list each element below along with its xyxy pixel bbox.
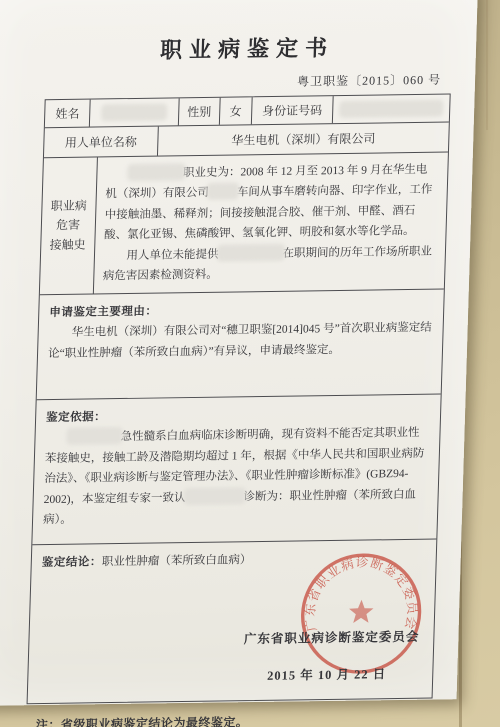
issue-date: 2015 年 10 月 22 日 <box>38 663 387 690</box>
document-content: 职业病鉴定书 粤卫职鉴〔2015〕060 号 姓名 性别 女 身份证号码 用人单… <box>0 0 478 727</box>
gender-label-cell: 性别 <box>178 98 219 126</box>
redacted-id-number <box>341 102 441 116</box>
redacted-patient-name-2 <box>185 489 243 503</box>
exposure-label-line2: 危害 <box>56 216 81 236</box>
footnote: 注：省级职业病鉴定结论为最终鉴定。 <box>36 710 429 727</box>
reason-cell: 申请鉴定主要理由： 华生电机（深圳）有限公司对“穗卫职鉴[2014]045 号”… <box>37 289 444 399</box>
basis-text: 急性髓系白血病临床诊断明确，现有资料不能否定其职业性苯接触史，接触工龄及潜隐期均… <box>43 423 430 531</box>
employer-value-cell: 华生电机（深圳）有限公司 <box>157 123 449 156</box>
redacted-workshop <box>209 185 237 198</box>
exposure-row: 职业病 危害 接触史 职业史为：2008 年 12 月至 2013 年 9 月在… <box>40 152 448 294</box>
employer-label-cell: 用人单位名称 <box>44 127 158 158</box>
id-value-cell <box>332 95 450 124</box>
exposure-label-cell: 职业病 危害 接触史 <box>40 157 97 294</box>
document-number: 粤卫职鉴〔2015〕060 号 <box>45 71 442 94</box>
redacted-worker-name-2 <box>218 246 282 260</box>
reason-text: 华生电机（深圳）有限公司对“穗卫职鉴[2014]045 号”首次职业病鉴定结论“… <box>48 318 433 364</box>
conclusion-row: 鉴定结论：职业性肿瘤（苯所致白血病） 广东省职业病诊断鉴定委员会 广东省职业病诊… <box>28 538 437 703</box>
seal-star-icon <box>349 599 374 622</box>
conclusion-heading: 鉴定结论： <box>42 556 102 569</box>
redacted-worker-name <box>129 165 183 179</box>
gender-value-cell: 女 <box>219 97 252 124</box>
exposure-paragraph-2: 用人单位未能提供在职期间的历年工作场所职业病危害因素检测资料。 <box>103 242 437 288</box>
document-title: 职业病鉴定书 <box>46 30 449 67</box>
exposure-label-line3: 接触史 <box>49 235 86 255</box>
conclusion-value: 职业性肿瘤（苯所致白血病） <box>102 554 252 568</box>
name-value-cell <box>89 98 179 126</box>
photo-of-document: { "doc": { "title": "职业病鉴定书", "number": … <box>0 0 500 727</box>
appraisal-table: 姓名 性别 女 身份证号码 用人单位名称 华生电机（深圳）有限公司 职业病 危害… <box>27 94 451 704</box>
basis-cell: 鉴定依据： 急性髓系白血病临床诊断明确，现有资料不能否定其职业性苯接触史，接触工… <box>32 394 440 544</box>
info-row-1: 姓名 性别 女 身份证号码 <box>45 95 450 128</box>
paper-document: 职业病鉴定书 粤卫职鉴〔2015〕060 号 姓名 性别 女 身份证号码 用人单… <box>0 0 478 706</box>
name-label-cell: 姓名 <box>45 100 90 128</box>
basis-row: 鉴定依据： 急性髓系白血病临床诊断明确，现有资料不能否定其职业性苯接触史，接触工… <box>32 393 440 544</box>
id-label-cell: 身份证号码 <box>251 96 333 124</box>
exposure-text-2a: 用人单位未能提供 <box>126 249 218 262</box>
conclusion-cell: 鉴定结论：职业性肿瘤（苯所致白血病） 广东省职业病诊断鉴定委员会 广东省职业病诊… <box>28 539 437 703</box>
info-row-2: 用人单位名称 华生电机（深圳）有限公司 <box>44 122 449 158</box>
reason-row: 申请鉴定主要理由： 华生电机（深圳）有限公司对“穗卫职鉴[2014]045 号”… <box>37 288 444 399</box>
exposure-label-line1: 职业病 <box>50 197 87 217</box>
exposure-paragraph-1: 职业史为：2008 年 12 月至 2013 年 9 月在华生电机（深圳）有限公… <box>104 160 439 247</box>
floor-tile-grout-line-top <box>486 0 488 130</box>
seal-curved-text: 广东省职业病诊断鉴定委员会 <box>302 554 421 633</box>
exposure-content-cell: 职业史为：2008 年 12 月至 2013 年 9 月在华生电机（深圳）有限公… <box>92 153 448 294</box>
redacted-name <box>103 106 165 120</box>
redacted-patient-name <box>68 429 120 443</box>
